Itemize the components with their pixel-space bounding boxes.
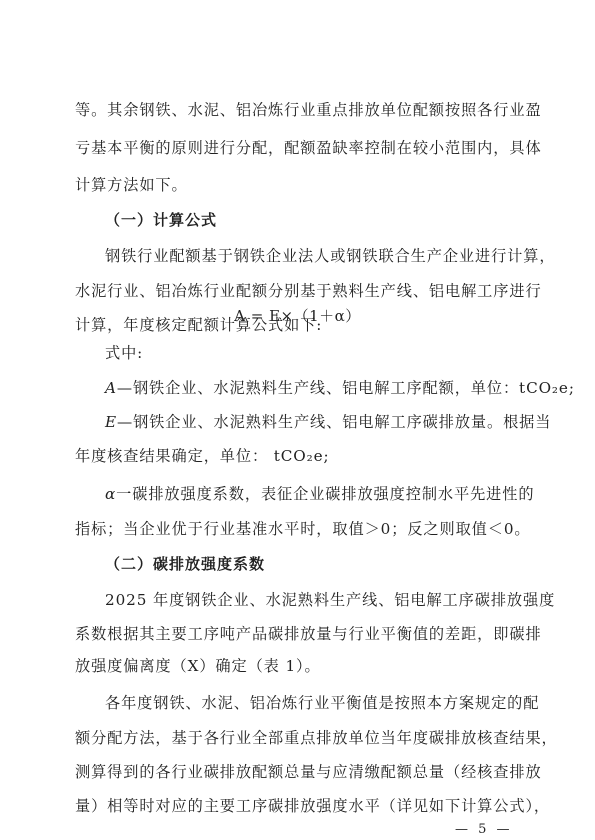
paragraph-line: 系数根据其主要工序吨产品碳排放量与行业平衡值的差距，即碳排 [75, 624, 527, 644]
paragraph-line: 测算得到的各行业碳排放配额总量与应清缴配额总量（经核查排放 [75, 762, 527, 782]
allocation-formula: A = E×（1＋α） [0, 306, 595, 326]
paragraph-line: 计算方法如下。 [75, 175, 527, 195]
definition-a-text: —钢铁企业、水泥熟料生产线、铝电解工序配额，单位：tCO₂e; [117, 379, 575, 397]
definition-e-cont: 年度核查结果确定，单位： tCO₂e; [75, 446, 527, 466]
where-label: 式中: [75, 343, 557, 363]
variable-e: E [105, 413, 117, 431]
definition-e: E—钢铁企业、水泥熟料生产线、铝电解工序碳排放量。根据当 [75, 412, 557, 432]
page-number: — 5 — [455, 822, 513, 837]
section-heading-formula: （一）计算公式 [75, 210, 557, 230]
definition-alpha-cont: 指标；当企业优于行业基准水平时，取值＞0；反之则取值＜0。 [75, 519, 527, 539]
paragraph-line: 量）相等时对应的主要工序碳排放强度水平（详见如下计算公式）， [75, 796, 527, 816]
paragraph-line: 等。其余钢铁、水泥、铝冶炼行业重点排放单位配额按照各行业盈 [75, 100, 527, 120]
paragraph-line: 水泥行业、铝冶炼行业配额分别基于熟料生产线、铝电解工序进行 [75, 281, 527, 301]
paragraph-line: 亏基本平衡的原则进行分配，配额盈缺率控制在较小范围内，具体 [75, 138, 527, 158]
definition-alpha: α一碳排放强度系数，表征企业碳排放强度控制水平先进性的 [75, 484, 557, 504]
paragraph-line: 2025 年度钢铁企业、水泥熟料生产线、铝电解工序碳排放强度 [75, 590, 557, 610]
variable-a: A [105, 379, 117, 397]
definition-e-text: —钢铁企业、水泥熟料生产线、铝电解工序碳排放量。根据当 [117, 413, 551, 431]
variable-alpha: α [105, 485, 116, 503]
section-heading-intensity: （二）碳排放强度系数 [75, 554, 557, 574]
paragraph-line: 额分配方法，基于各行业全部重点排放单位当年度碳排放核查结果， [75, 728, 527, 748]
paragraph-line: 钢铁行业配额基于钢铁企业法人或钢铁联合生产企业进行计算， [75, 246, 557, 266]
definition-alpha-text: 一碳排放强度系数，表征企业碳排放强度控制水平先进性的 [116, 485, 534, 503]
paragraph-line: 放强度偏离度（X）确定（表 1）。 [75, 656, 527, 676]
definition-a: A—钢铁企业、水泥熟料生产线、铝电解工序配额，单位：tCO₂e; [75, 378, 557, 398]
paragraph-line: 各年度钢铁、水泥、铝冶炼行业平衡值是按照本方案规定的配 [75, 693, 557, 713]
